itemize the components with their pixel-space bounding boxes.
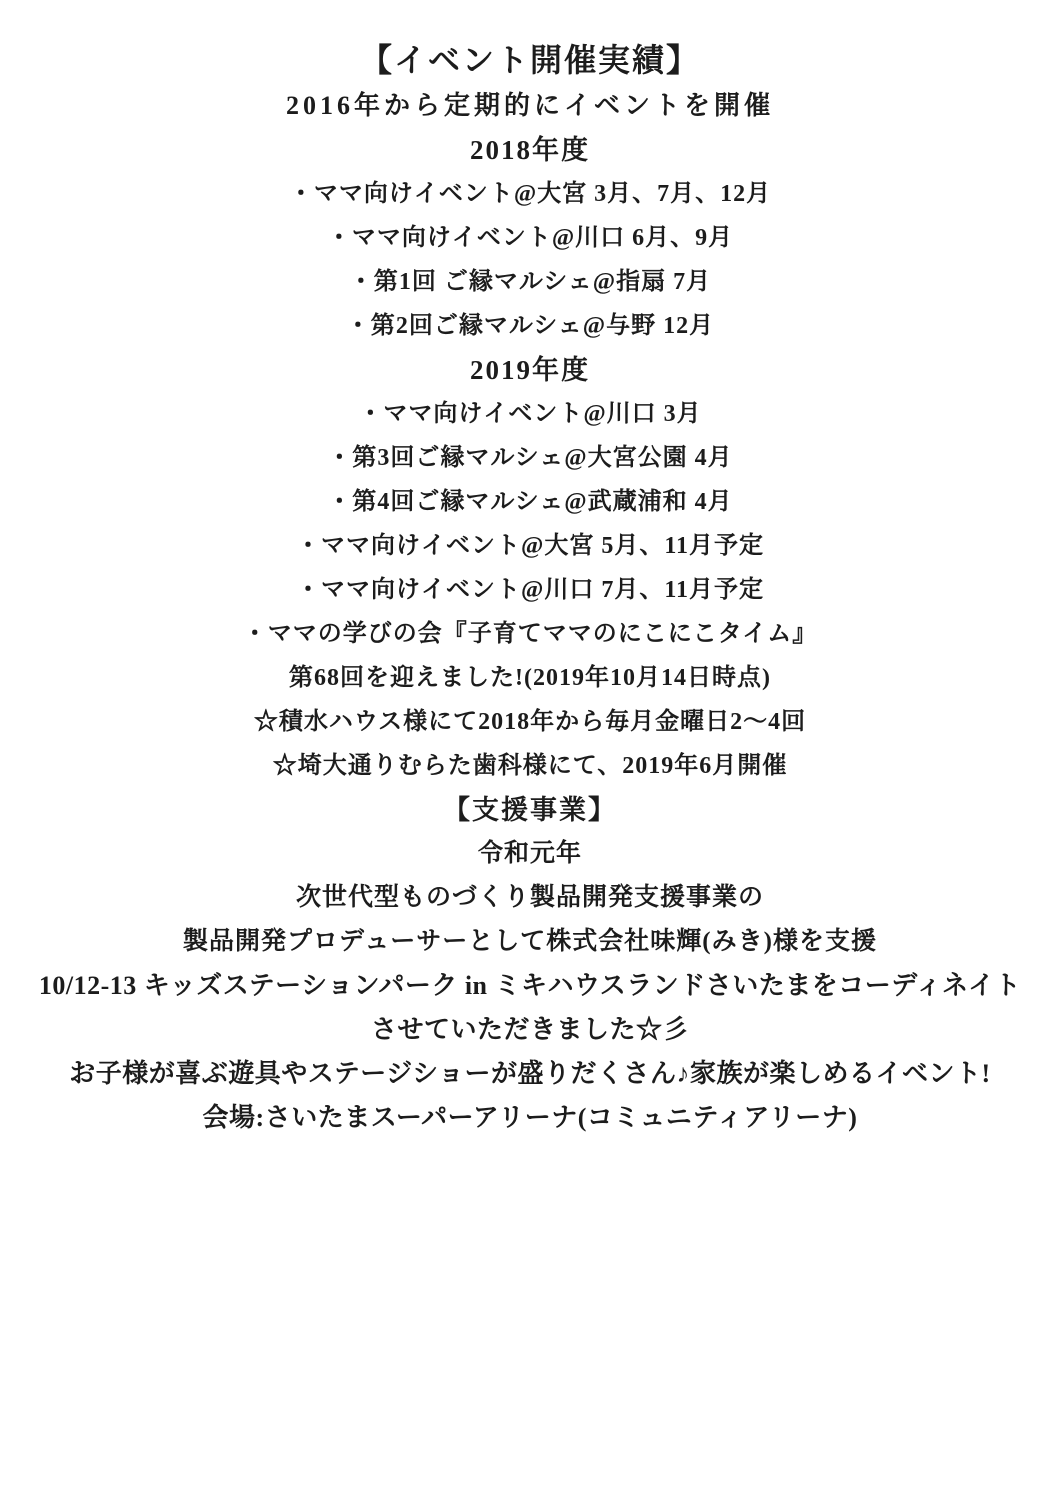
study-group-line: ☆埼大通りむらた歯科様にて、2019年6月開催 <box>0 744 1060 788</box>
event-item: ・ママ向けイベント@川口 6月、9月 <box>0 216 1060 260</box>
study-group-line: ☆積水ハウス様にて2018年から毎月金曜日2〜4回 <box>0 700 1060 744</box>
page-subtitle: 2016年から定期的にイベントを開催 <box>0 84 1060 128</box>
event-item: ・ママ向けイベント@川口 7月、11月予定 <box>0 568 1060 612</box>
kids-station-park-line: お子様が喜ぶ遊具やステージショーが盛りだくさん♪家族が楽しめるイベント! <box>0 1052 1060 1096</box>
event-item: ・ママ向けイベント@川口 3月 <box>0 392 1060 436</box>
support-business-line: 次世代型ものづくり製品開発支援事業の <box>0 876 1060 920</box>
section-2018: 2018年度 ・ママ向けイベント@大宮 3月、7月、12月 ・ママ向けイベント@… <box>0 128 1060 348</box>
kids-station-park-line: 10/12-13 キッズステーションパーク in ミキハウスランドさいたまをコー… <box>0 964 1060 1008</box>
study-group-line: 第68回を迎えました!(2019年10月14日時点) <box>0 656 1060 700</box>
mama-study-group-section: ・ママの学びの会『子育てママのにこにこタイム』 第68回を迎えました!(2019… <box>0 612 1060 788</box>
event-item: ・第4回ご縁マルシェ@武蔵浦和 4月 <box>0 480 1060 524</box>
page-title: 【イベント開催実績】 <box>0 36 1060 84</box>
event-item: ・ママ向けイベント@大宮 5月、11月予定 <box>0 524 1060 568</box>
event-item: ・第3回ご縁マルシェ@大宮公園 4月 <box>0 436 1060 480</box>
support-business-line: 令和元年 <box>0 832 1060 876</box>
event-item: ・第1回 ご縁マルシェ@指扇 7月 <box>0 260 1060 304</box>
support-business-section: 【支援事業】 令和元年 次世代型ものづくり製品開発支援事業の 製品開発プロデュー… <box>0 788 1060 964</box>
event-history-document: 【イベント開催実績】 2016年から定期的にイベントを開催 2018年度 ・ママ… <box>0 0 1060 1500</box>
kids-station-park-section: 10/12-13 キッズステーションパーク in ミキハウスランドさいたまをコー… <box>0 964 1060 1140</box>
kids-station-park-line: 会場:さいたまスーパーアリーナ(コミュニティアリーナ) <box>0 1096 1060 1140</box>
event-item: ・第2回ご縁マルシェ@与野 12月 <box>0 304 1060 348</box>
kids-station-park-line: させていただきました☆彡 <box>0 1008 1060 1052</box>
year-heading-2018: 2018年度 <box>0 128 1060 172</box>
support-business-heading: 【支援事業】 <box>0 788 1060 832</box>
year-heading-2019: 2019年度 <box>0 348 1060 392</box>
event-item: ・ママ向けイベント@大宮 3月、7月、12月 <box>0 172 1060 216</box>
section-2019: 2019年度 ・ママ向けイベント@川口 3月 ・第3回ご縁マルシェ@大宮公園 4… <box>0 348 1060 612</box>
support-business-line: 製品開発プロデューサーとして株式会社味輝(みき)様を支援 <box>0 920 1060 964</box>
study-group-line: ・ママの学びの会『子育てママのにこにこタイム』 <box>0 612 1060 656</box>
